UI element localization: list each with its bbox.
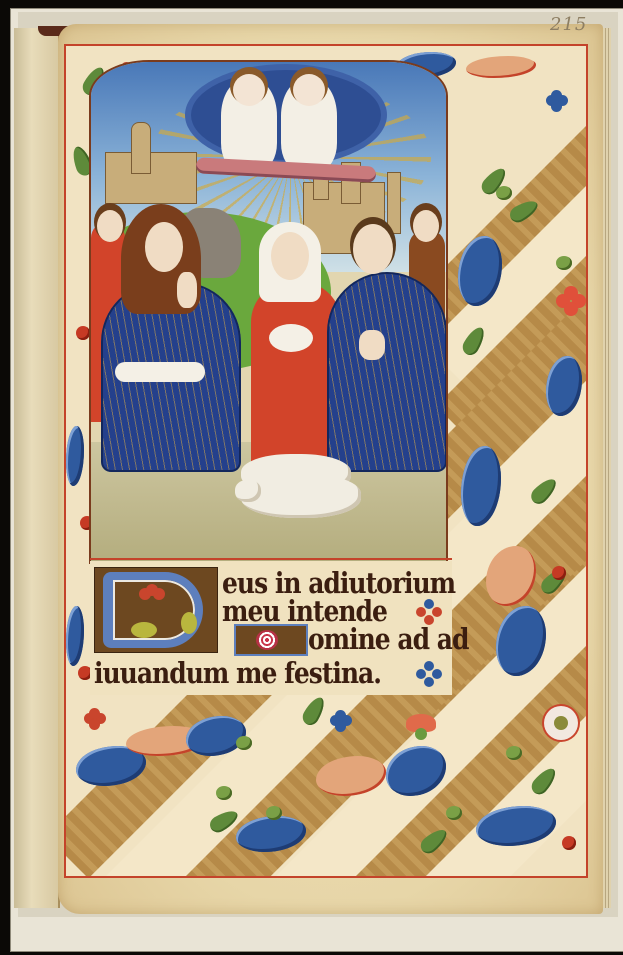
red-berry <box>562 836 576 850</box>
castle <box>105 152 197 204</box>
kneeling-shepherd-right <box>327 272 447 472</box>
left-page-edge <box>14 28 60 908</box>
praying-hands <box>359 330 385 360</box>
green-berry <box>266 806 282 820</box>
red-berry <box>552 566 566 580</box>
white-sash <box>115 362 205 382</box>
face <box>271 232 309 280</box>
white-rose <box>544 706 578 740</box>
text-line-1: eus in adiutorium <box>222 569 455 598</box>
blue-line-filler-flower <box>416 661 442 687</box>
angel-left <box>221 80 277 170</box>
red-flower-in-initial <box>139 584 165 606</box>
sheep-head <box>235 480 261 502</box>
castle-tower <box>131 122 151 174</box>
yellow-leaf <box>181 612 197 634</box>
green-berry <box>236 736 252 750</box>
red-flower <box>556 286 586 316</box>
red-line-filler-flower <box>416 599 442 625</box>
acanthus-scroll <box>66 426 84 486</box>
face <box>353 224 393 274</box>
miniature-bottom-rule <box>90 558 452 560</box>
city-tower <box>387 172 401 234</box>
green-berry <box>216 786 232 800</box>
green-berry <box>446 806 462 820</box>
red-flower <box>84 708 106 730</box>
folio-number: 215 <box>550 14 587 35</box>
roundel-ornament <box>256 630 278 650</box>
text-line-4: iuuandum me festina. <box>94 659 381 688</box>
thistle-flower <box>406 714 436 740</box>
yellow-leaf <box>131 622 157 638</box>
face <box>97 210 123 242</box>
text-block: eus in adiutorium meu intende omine ad a… <box>90 561 452 695</box>
face <box>145 222 183 272</box>
green-berry <box>556 256 572 270</box>
face <box>413 210 439 242</box>
blue-flower <box>546 90 568 112</box>
text-line-3: omine ad ad <box>308 625 468 654</box>
red-berry <box>76 326 90 340</box>
acanthus-scroll <box>466 56 536 78</box>
acanthus-scroll <box>66 606 84 666</box>
folded-hands <box>269 324 313 352</box>
praying-hands <box>177 272 197 308</box>
green-berry <box>506 746 522 760</box>
text-line-2: meu intende <box>222 597 387 626</box>
blue-flower <box>330 710 352 732</box>
angel-right <box>281 80 337 170</box>
small-initial-d <box>234 624 308 656</box>
green-berry <box>496 186 512 200</box>
illuminated-initial-d <box>94 567 218 653</box>
miniature-painting <box>89 60 448 564</box>
